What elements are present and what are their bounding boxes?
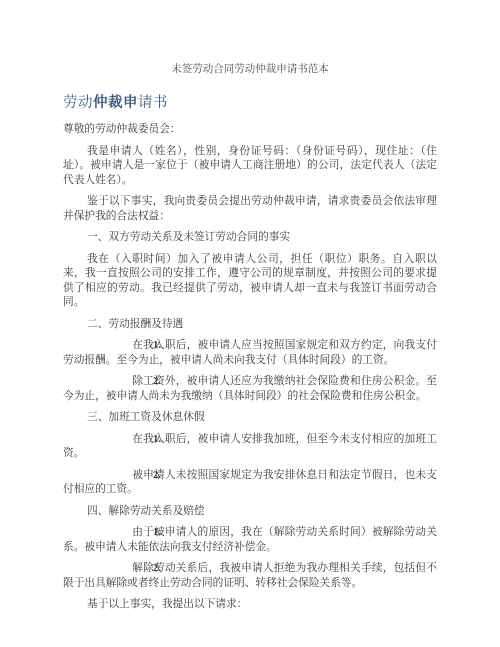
page-title-part-regular-2: 请书 bbox=[138, 95, 168, 111]
list-item: 1.由于被申请人的原因，我在（解除劳动关系时间）被解除劳动关系。被申请人未能依法… bbox=[63, 525, 437, 554]
list-item-number: 2. bbox=[108, 561, 132, 576]
section-title-1: 一、双方劳动关系及未签订劳动合同的事实 bbox=[63, 230, 437, 245]
list-item-number: 2. bbox=[108, 468, 132, 483]
salutation-line: 尊敬的劳动仲裁委员会： bbox=[63, 122, 437, 137]
list-item-number: 1. bbox=[108, 338, 132, 353]
list-item: 1.在我入职后，被申请人安排我加班，但至今未支付相应的加班工资。 bbox=[63, 432, 437, 461]
section-title-3: 三、加班工资及休息休假 bbox=[63, 410, 437, 425]
page-title: 劳动仲裁申请书 bbox=[63, 94, 437, 112]
section-1-paragraph: 我在（入职时间）加入了被申请人公司，担任（职位）职务。自入职以来，我一直按照公司… bbox=[63, 252, 437, 310]
list-item-number: 2. bbox=[108, 374, 132, 389]
list-item-number: 1. bbox=[108, 432, 132, 447]
closing-paragraph: 基于以上事实，我提出以下请求： bbox=[63, 597, 437, 612]
intro-paragraph-request: 鉴于以下事实，我向贵委员会提出劳动仲裁申请，请求贵委员会依法审理并保护我的合法权… bbox=[63, 194, 437, 223]
section-title-2: 二、劳动报酬及待遇 bbox=[63, 317, 437, 332]
page-title-part-regular: 劳动 bbox=[63, 95, 93, 111]
section-title-4: 四、解除劳动关系及赔偿 bbox=[63, 504, 437, 519]
list-item-number: 1. bbox=[108, 525, 132, 540]
list-item: 2.被申请人未按照国家规定为我安排休息日和法定节假日，也未支付相应的工资。 bbox=[63, 468, 437, 497]
document-source-title: 未签劳动合同劳动仲裁申请书范本 bbox=[63, 62, 437, 77]
page-title-part-bold: 仲裁申 bbox=[93, 95, 138, 111]
intro-paragraph-applicant: 我是申请人（姓名），性别，身份证号码：（身份证号码），现住址：（住址）。被申请人… bbox=[63, 144, 437, 188]
list-item: 2.除工资外，被申请人还应为我缴纳社会保险费和住房公积金。至今为止，被申请人尚未… bbox=[63, 374, 437, 403]
list-item: 2.解除劳动关系后，我被申请人拒绝为我办理相关手续，包括但不限于出具解除或者终止… bbox=[63, 561, 437, 590]
list-item: 1.在我入职后，被申请人应当按照国家规定和双方约定，向我支付劳动报酬。至今为止，… bbox=[63, 338, 437, 367]
document-page: 未签劳动合同劳动仲裁申请书范本 劳动仲裁申请书 尊敬的劳动仲裁委员会： 我是申请… bbox=[0, 0, 500, 647]
